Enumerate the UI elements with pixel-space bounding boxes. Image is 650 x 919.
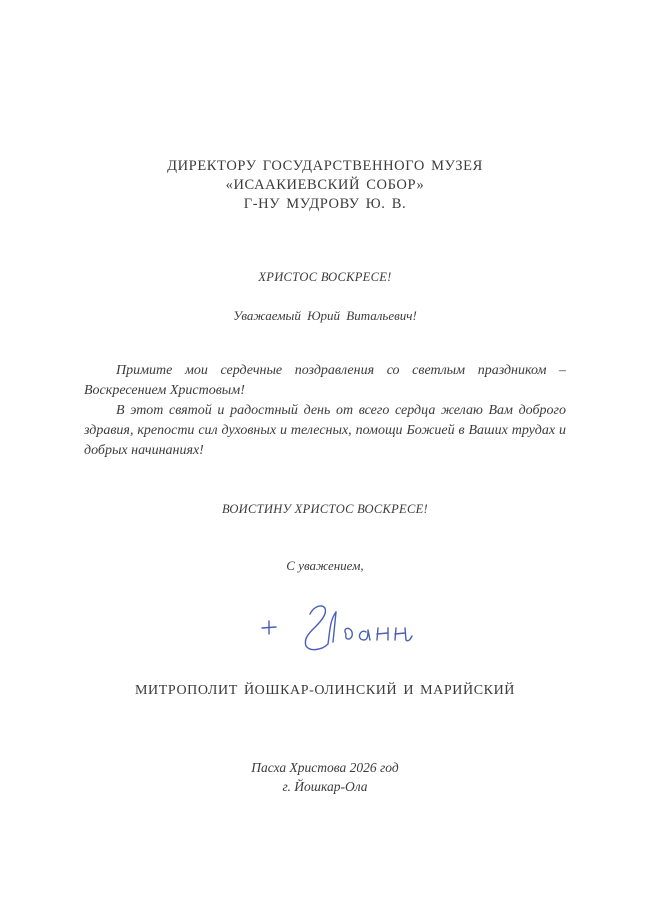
addressee-line-2: «ИСААКИЕВСКИЙ СОБОР» <box>0 176 650 195</box>
addressee-block: ДИРЕКТОРУ ГОСУДАРСТВЕННОГО МУЗЕЯ «ИСААКИ… <box>0 157 650 214</box>
easter-response: ВОИСТИНУ ХРИСТОС ВОСКРЕСЕ! <box>0 502 650 517</box>
letter-body: Примите мои сердечные поздравления со св… <box>84 361 566 461</box>
handwritten-signature: + Иоанн <box>250 600 440 660</box>
closing: С уважением, <box>0 558 650 574</box>
letter-date: Пасха Христова 2026 год <box>0 760 650 776</box>
addressee-line-1: ДИРЕКТОРУ ГОСУДАРСТВЕННОГО МУЗЕЯ <box>0 157 650 176</box>
signer-title: МИТРОПОЛИТ ЙОШКАР-ОЛИНСКИЙ И МАРИЙСКИЙ <box>0 683 650 699</box>
letter-place: г. Йошкар-Ола <box>0 779 650 795</box>
letter-page: ДИРЕКТОРУ ГОСУДАРСТВЕННОГО МУЗЕЯ «ИСААКИ… <box>0 0 650 919</box>
body-paragraph-2: В этот святой и радостный день от всего … <box>84 401 566 461</box>
salutation: Уважаемый Юрий Витальевич! <box>0 308 650 324</box>
body-paragraph-1: Примите мои сердечные поздравления со св… <box>84 361 566 401</box>
addressee-line-3: Г-НУ МУДРОВУ Ю. В. <box>0 195 650 214</box>
easter-greeting: ХРИСТОС ВОСКРЕСЕ! <box>0 270 650 285</box>
